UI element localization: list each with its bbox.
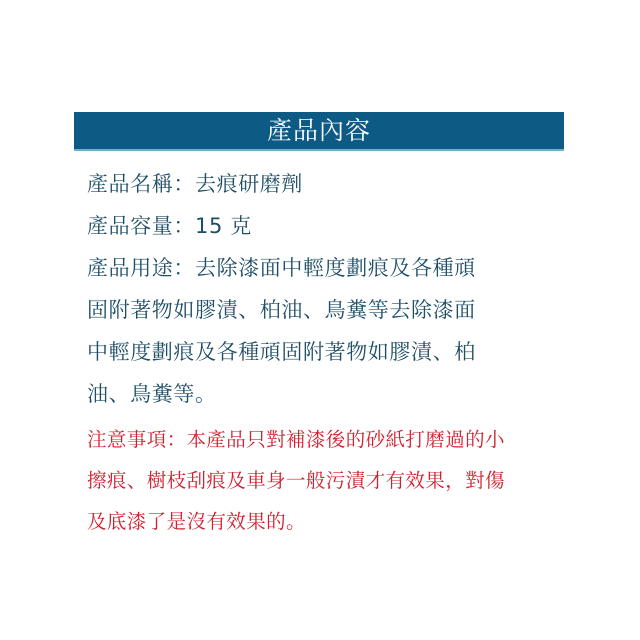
product-usage-line-3: 中輕度劃痕及各種頑固附著物如膠漬、柏 [87, 331, 557, 373]
section-title: 產品內容 [267, 118, 371, 143]
section-header-banner: 產品內容 [74, 112, 564, 151]
product-usage-line-1: 產品用途：去除漆面中輕度劃痕及各種頑 [87, 247, 557, 289]
product-details: 產品名稱：去痕研磨劑 產品容量：15 克 產品用途：去除漆面中輕度劃痕及各種頑 … [87, 163, 557, 542]
product-usage-line-2: 固附著物如膠漬、柏油、鳥糞等去除漆面 [87, 289, 557, 331]
product-capacity: 產品容量：15 克 [87, 205, 557, 247]
notice-line-3: 及底漆了是沒有效果的。 [87, 501, 557, 542]
product-usage-line-4: 油、鳥糞等。 [87, 373, 557, 415]
notice-line-2: 擦痕、樹枝刮痕及車身一般污漬才有效果，對傷 [87, 460, 557, 501]
notice-line-1: 注意事項：本產品只對補漆後的砂紙打磨過的小 [87, 419, 557, 460]
product-name: 產品名稱：去痕研磨劑 [87, 163, 557, 205]
